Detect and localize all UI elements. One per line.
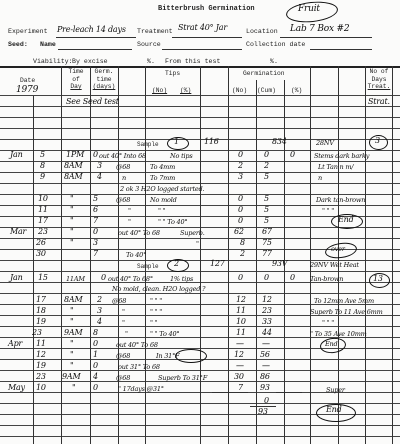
- cell-day: 8: [40, 161, 45, 170]
- cell-cum: 67: [262, 227, 272, 236]
- cell-tips: ": [196, 240, 199, 248]
- cell-note: " To 35 Ave 10mm: [310, 330, 367, 338]
- sample2-label: Sample: [137, 263, 159, 270]
- treatment-label: Treatment: [137, 28, 173, 35]
- cell-note-end: End: [338, 215, 354, 224]
- header-germ-line2: time: [90, 76, 118, 84]
- cell-tips: To 4mm: [150, 163, 175, 171]
- stamp-fruit: Fruit: [298, 4, 320, 14]
- cell-time: ": [72, 383, 75, 392]
- cell-day: 9: [40, 172, 45, 181]
- grand-total: 93: [258, 407, 268, 416]
- cell-tips: In 31°F: [156, 352, 179, 360]
- cell-note-end: End: [325, 340, 338, 348]
- cell-no: 0: [238, 194, 243, 203]
- cell-no: 11: [236, 328, 246, 337]
- cell-time: 11AM: [66, 275, 85, 283]
- cell-note-super: Super: [326, 386, 345, 394]
- cell-note: To 12mm Ave 5mm: [314, 297, 374, 305]
- cell-note: n: [318, 174, 322, 182]
- cell-germ: 7: [93, 216, 98, 225]
- header-days-treat: No of Days Treat.: [366, 68, 392, 91]
- sample1-number: 1: [174, 137, 179, 146]
- cell-no: 11: [236, 306, 246, 315]
- cell-month: May: [8, 383, 25, 392]
- temp-circle: [175, 349, 207, 363]
- cell-month: Jan: [10, 273, 23, 282]
- cell-cond-note: No mold, clean. H2O logged ?: [112, 285, 205, 293]
- collection-date-label: Collection date: [246, 41, 305, 48]
- from-test-label: From this test: [165, 58, 220, 65]
- cell-day: 10: [36, 383, 46, 392]
- cell-time: ": [70, 317, 73, 326]
- cell-cond: out 40° Into 68: [99, 152, 146, 160]
- header-time-line2: of: [63, 76, 89, 84]
- cell-tips: " " To 40°: [158, 218, 187, 226]
- cell-cond: @68: [116, 163, 130, 171]
- note-underline: [276, 392, 302, 393]
- header-germination: Germination: [243, 70, 285, 78]
- cell-cond: out 40° To 68°: [108, 275, 153, 283]
- cell-note: Stems dark barky: [314, 152, 369, 160]
- cell-no: 0: [238, 205, 243, 214]
- cell-cum: 86: [260, 372, 270, 381]
- cell-germ: 7: [93, 249, 98, 258]
- cell-no: 2: [240, 249, 245, 258]
- treatment-underline: [172, 37, 242, 38]
- cell-germ: 0: [93, 361, 98, 370]
- cell-germ: 5: [93, 194, 98, 203]
- cell-time: ": [70, 350, 73, 359]
- cell-day: 19: [36, 317, 46, 326]
- cell-cond: ": [122, 319, 125, 327]
- cell-cum: 93: [260, 383, 270, 392]
- cell-day: 23: [38, 227, 48, 236]
- cell-cum: 5: [264, 205, 269, 214]
- end-final: End: [326, 405, 342, 414]
- cell-month: Apr: [8, 339, 22, 348]
- cell-cond: @68: [116, 196, 130, 204]
- cell-day: 30: [36, 249, 46, 258]
- cell-cum: 5: [264, 172, 269, 181]
- cell-germ: 0: [93, 339, 98, 348]
- header-days-line3: Treat.: [366, 83, 392, 91]
- cell-germ: 0: [93, 227, 98, 236]
- header-germ-no: (No): [232, 87, 247, 95]
- cell-time: ": [70, 306, 73, 315]
- cell-cond: out 40° To 68: [116, 341, 158, 349]
- cell-day: 19: [36, 361, 46, 370]
- sample2-circled-value: 13: [373, 274, 383, 283]
- pct-label-2: %.: [270, 58, 278, 65]
- header-germ-pct: (%): [291, 87, 302, 95]
- cell-time: ": [70, 339, 73, 348]
- cell-cum: 33: [262, 317, 272, 326]
- sample1-weight: 834: [272, 137, 287, 146]
- sample2-number: 2: [174, 259, 179, 268]
- cell-cum: 77: [262, 249, 272, 258]
- cell-cum: 75: [262, 238, 272, 247]
- cell-note: Dark tan-brown: [316, 196, 365, 204]
- cell-time: ": [70, 194, 73, 203]
- cell-day: 23: [32, 328, 42, 337]
- header-tips-no: (No): [152, 87, 167, 95]
- experiment-label: Experiment: [8, 28, 48, 35]
- cell-cond: ": [128, 218, 131, 226]
- no-underline: [212, 392, 248, 393]
- cell-germ: 4: [93, 372, 98, 381]
- sample1-circled-value: 3: [375, 136, 380, 145]
- cell-time: ": [70, 238, 73, 247]
- cell-day: 11: [38, 205, 48, 214]
- pct-label-1: %.: [147, 58, 155, 65]
- cell-cond: ": [128, 207, 131, 215]
- cell-month: Jan: [10, 150, 23, 159]
- cell-no: 0: [238, 150, 243, 159]
- cell-germ: 2: [97, 295, 102, 304]
- strat-note: Strat.: [368, 97, 390, 106]
- viability-label: Viability:: [33, 58, 73, 65]
- cell-germ: 3: [97, 306, 102, 315]
- cell-day: 15: [38, 273, 48, 282]
- header-date: Date: [20, 77, 35, 85]
- cell-time: 9AM: [62, 372, 80, 381]
- cell-cum: 0: [264, 273, 269, 282]
- cell-note: Tan-brown: [310, 275, 343, 283]
- header-tips: Tips: [165, 70, 180, 78]
- form-title: Bitterbrush Germination: [158, 5, 255, 13]
- cell-cum: 0: [264, 150, 269, 159]
- cell-germ: 0: [101, 273, 106, 282]
- cell-cond: n: [122, 174, 126, 182]
- experiment-underline: [56, 37, 136, 38]
- cell-no: —: [236, 361, 244, 370]
- header-time-line1: Time: [63, 68, 89, 76]
- header-time-of-day: Time of Day: [63, 68, 89, 91]
- header-germ-line1: Germ.: [90, 68, 118, 76]
- cell-germ: 3: [97, 161, 102, 170]
- cell-no: 10: [236, 317, 246, 326]
- cell-cum: 2: [264, 161, 269, 170]
- cell-no: —: [236, 339, 244, 348]
- cell-pct: 0: [290, 273, 295, 282]
- source-underline: [162, 49, 242, 50]
- by-excise-label: By excise: [72, 58, 108, 65]
- cell-tips: " " To 40°: [150, 330, 179, 338]
- cell-cond: To 40°: [126, 251, 146, 259]
- cell-cum: 5: [264, 194, 269, 203]
- experiment-value: Pre-leach 14 days: [57, 25, 126, 34]
- cell-germ: 0: [93, 383, 98, 392]
- cell-tips: Superb To 31°F: [158, 374, 207, 382]
- cell-day: 5: [40, 150, 45, 159]
- location-label: Location: [246, 28, 278, 35]
- cell-no: 62: [234, 227, 244, 236]
- cell-time: ": [70, 205, 73, 214]
- cell-day: 17: [38, 216, 48, 225]
- cell-time: 8AM: [64, 295, 82, 304]
- sample1-label: Sample: [137, 141, 159, 148]
- sample2-count: 127: [210, 259, 225, 268]
- cell-no: 8: [240, 238, 245, 247]
- cell-tips: " ": [150, 319, 157, 327]
- header-time-line3: Day: [63, 83, 89, 91]
- cell-time: 8AM: [64, 172, 82, 181]
- cell-cum: —: [262, 339, 270, 348]
- sample1-note: 28NV: [316, 139, 334, 147]
- cell-cond: out 40° To 68: [118, 229, 160, 237]
- cell-germ: 8: [93, 328, 98, 337]
- sample1-count: 116: [204, 137, 219, 146]
- cell-cond: @68: [112, 297, 126, 305]
- cell-tips: " " ": [150, 308, 162, 316]
- header-tips-pct: (%): [180, 87, 191, 95]
- cell-germ: 3: [93, 238, 98, 247]
- subtotal-extra: 0: [264, 396, 269, 405]
- cell-no: 7: [238, 383, 243, 392]
- cell-no: 0: [238, 273, 243, 282]
- cell-germ: 4: [97, 172, 102, 181]
- cell-day: 17: [36, 295, 46, 304]
- cell-cum: 44: [262, 328, 272, 337]
- cell-month: Mar: [10, 227, 26, 236]
- header-germ-cum: (Cum): [257, 87, 276, 95]
- cell-tips: Superb.: [180, 229, 205, 237]
- cell-germ: 0: [93, 150, 98, 159]
- year-value: 1979: [16, 85, 38, 95]
- treatment-value: Strat 40° Jar: [178, 23, 227, 32]
- cell-cond-note: 2 ok 3 H2O logged started.: [120, 185, 204, 193]
- cell-no: 30: [234, 372, 244, 381]
- location-underline: [280, 37, 372, 38]
- cell-day: 18: [36, 306, 46, 315]
- cell-tips: No mold: [150, 196, 177, 204]
- cell-cum: —: [262, 361, 270, 370]
- cell-cond: ": [125, 330, 128, 338]
- cell-day: 11: [36, 339, 46, 348]
- cell-tips: To 7mm: [150, 174, 175, 182]
- cell-note: Lt Tan n m/: [318, 163, 353, 171]
- name-underline: [58, 49, 132, 50]
- cell-cond: out 31° To 68: [118, 363, 160, 371]
- seed-label: Seed:: [8, 41, 28, 48]
- over-note: over: [331, 245, 345, 253]
- cell-cum: 12: [262, 295, 272, 304]
- germination-form: Bitterbrush Germination Fruit Experiment…: [0, 0, 400, 444]
- name-label: Name: [40, 41, 56, 48]
- location-value: Lab 7 Box #2: [290, 24, 349, 34]
- sample2-note: 29NV Wet Heat: [310, 261, 359, 269]
- sample2-weight: 93V: [272, 259, 287, 268]
- cell-cond: ": [122, 308, 125, 316]
- cell-cum: 23: [262, 306, 272, 315]
- cell-germ: 6: [93, 205, 98, 214]
- cell-cum: 56: [260, 350, 270, 359]
- cell-tips: " " ": [150, 297, 162, 305]
- cell-no: 0: [238, 216, 243, 225]
- cell-tips: 1% tips: [170, 275, 193, 283]
- cell-germ: 4: [97, 317, 102, 326]
- cell-germ: 1: [93, 350, 98, 359]
- cell-time: ": [70, 216, 73, 225]
- see-seed-test-note: See Seed test: [66, 97, 119, 106]
- cell-cond: @68: [116, 374, 130, 382]
- cell-time: 9AM: [64, 328, 82, 337]
- cell-day: 12: [36, 350, 46, 359]
- cell-no: 12: [234, 350, 244, 359]
- cell-no: 12: [236, 295, 246, 304]
- cell-cond: " 17days @31°: [118, 385, 164, 393]
- cell-note: Superb To 11 Ave 6mm: [310, 308, 383, 316]
- cell-pct: 0: [290, 150, 295, 159]
- cell-time: ": [70, 361, 73, 370]
- cell-time: 8AM: [64, 161, 82, 170]
- collection-underline: [310, 49, 372, 50]
- cell-time: ": [70, 227, 73, 236]
- source-label: Source: [137, 41, 161, 48]
- cell-cond: @68: [116, 352, 130, 360]
- cell-note: " " ": [322, 207, 334, 215]
- cell-no: 3: [238, 172, 243, 181]
- cell-time: 1PM: [66, 150, 84, 159]
- cell-no: 2: [238, 161, 243, 170]
- cell-tips: " ": [158, 207, 165, 215]
- header-germ-time: Germ. time (days): [90, 68, 118, 91]
- header-days-line2: Days: [366, 76, 392, 84]
- header-germ-line3: (days): [90, 83, 118, 91]
- cell-cum: 5: [264, 216, 269, 225]
- header-days-line1: No of: [366, 68, 392, 76]
- cell-tips: No tips: [170, 152, 192, 160]
- cell-day: 23: [36, 372, 46, 381]
- cell-note: " " ": [322, 319, 334, 327]
- cell-day: 26: [36, 238, 46, 247]
- cell-day: 10: [38, 194, 48, 203]
